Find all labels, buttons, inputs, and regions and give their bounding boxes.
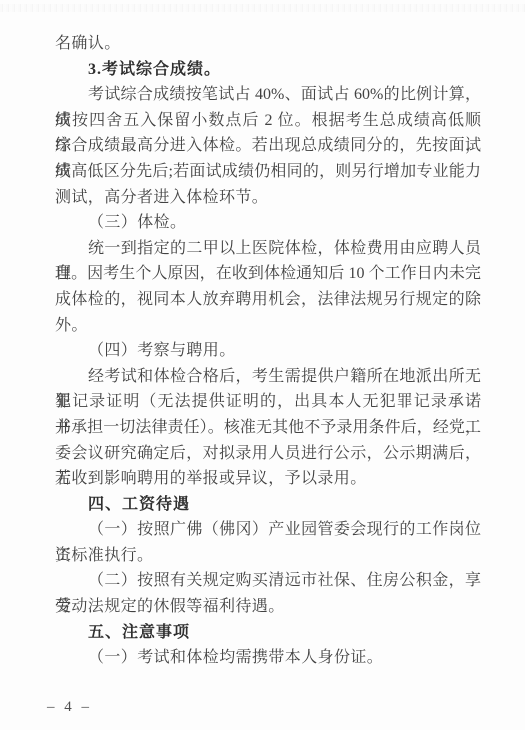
section-heading: 五、注意事项 [55, 620, 481, 646]
text-line: 经考试和体检合格后，考生需提供户籍所在地派出所无犯 [55, 364, 481, 390]
text-line: （一）按照广佛（佛冈）产业园管委会现行的工作岗位工 [55, 517, 481, 543]
sub-heading: （四）考察与聘用。 [55, 338, 481, 364]
sub-heading: （三）体检。 [55, 210, 481, 236]
text-line: 劳动法规定的休假等福利待遇。 [55, 594, 481, 620]
text-line: 委会议研究确定后，对拟录用人员进行公示，公示期满后，若 [55, 441, 481, 467]
text-line: 测试，高分者进入体检环节。 [55, 185, 481, 211]
text-line: 名确认。 [55, 31, 481, 57]
text-line: （一）考试和体检均需携带本人身份证。 [55, 645, 481, 671]
text-line: 绩按四舍五入保留小数点后 2 位。根据考生总成绩高低顺序， [55, 108, 481, 134]
text-line: 外。 [55, 313, 481, 339]
text-line: 理。因考生个人原因，在收到体检通知后 10 个工作日内未完 [55, 261, 481, 287]
page-number: – 4 – [47, 698, 92, 716]
text-line: 综合成绩最高分进入体检。若出现总成绩同分的，先按面试成 [55, 133, 481, 159]
section-heading: 四、工资待遇 [55, 492, 481, 518]
text-line: 无收到影响聘用的举报或异议，予以录用。 [55, 466, 481, 492]
scan-artifact-band [0, 4, 525, 12]
text-line: 资标准执行。 [55, 543, 481, 569]
text-line: 绩高低区分先后;若面试成绩仍相同的，则另行增加专业能力 [55, 159, 481, 185]
section-heading: 3.考试综合成绩。 [55, 57, 481, 83]
text-line: （二）按照有关规定购买清远市社保、住房公积金，享受 [55, 568, 481, 594]
document-body: 名确认。 3.考试综合成绩。 考试综合成绩按笔试占 40%、面试占 60%的比例… [55, 31, 481, 671]
text-line: 统一到指定的二甲以上医院体检，体检费用由应聘人员自 [55, 236, 481, 262]
text-line: 成体检的，视同本人放弃聘用机会，法律法规另行规定的除 [55, 287, 481, 313]
text-line: 并承担一切法律责任）。核准无其他不予录用条件后，经党工 [55, 415, 481, 441]
text-line: 罪记录证明（无法提供证明的，出具本人无犯罪记录承诺书， [55, 389, 481, 415]
text-line: 考试综合成绩按笔试占 40%、面试占 60%的比例计算，成 [55, 82, 481, 108]
document-page: 名确认。 3.考试综合成绩。 考试综合成绩按笔试占 40%、面试占 60%的比例… [0, 0, 525, 730]
